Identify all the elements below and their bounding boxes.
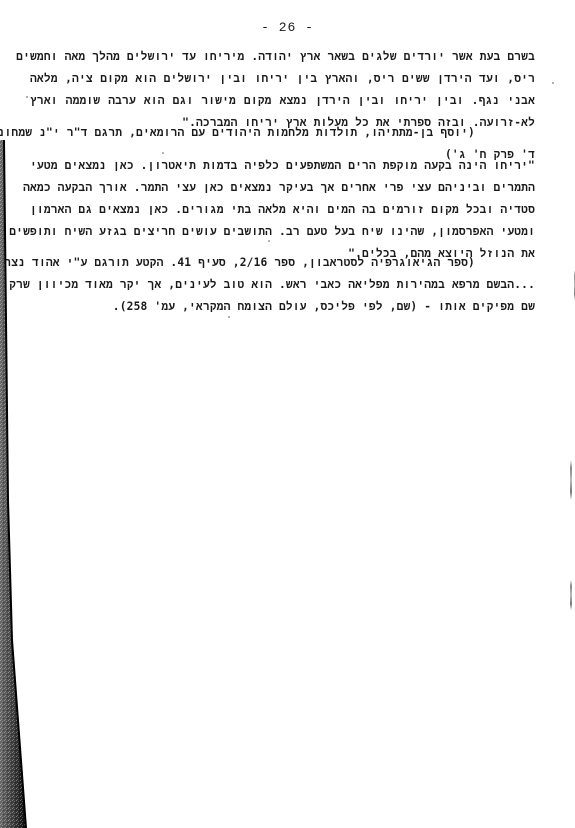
scan-speck: [228, 316, 230, 318]
scan-speck: [26, 96, 28, 98]
text-line: "יריחו הינה בקעה מוקפת הרים המשתפעים כלפ…: [30, 155, 535, 177]
paragraph-strabo-citation-balsam: (ספר הגיאוגרפיה לסטראבון, ספר 2/16, סעיף…: [30, 252, 535, 318]
paragraph-strabo-quote: "יריחו הינה בקעה מוקפת הרים המשתפעים כלפ…: [30, 155, 535, 265]
text-line: ומטעי האפרסמון, שהינו שיח בעל טעם רב. הת…: [30, 221, 535, 243]
text-line: בשרם בעת אשר יורדים שלגים בשאר ארץ יהודה…: [30, 46, 535, 68]
text-line: ...הבשם מרפא במהירות מפליאה כאבי ראש. הו…: [30, 274, 535, 296]
scan-speck: [162, 152, 164, 154]
scan-noise: [570, 580, 572, 610]
paragraph-josephus-quote: בשרם בעת אשר יורדים שלגים בשאר ארץ יהודה…: [30, 46, 535, 134]
text-line: סטדיה ובכל מקום זורמים בה המים והיא מלאה…: [30, 199, 535, 221]
text-line: (יוסף בן-מתתיהו, תולדות מלחמות היהודים ע…: [30, 122, 535, 144]
text-line: שם מפיקים אותו - (שם, לפי פליכס, עולם הצ…: [30, 296, 535, 318]
text-line: ריס, ועד הירדן ששים ריס, והארץ בין יריחו…: [30, 68, 535, 90]
scan-speck: [268, 240, 270, 242]
scan-noise: [570, 460, 572, 500]
text-line: אבני נגף. ובין יריחו ובין הירדן נמצא מקו…: [30, 90, 535, 112]
text-line: (ספר הגיאוגרפיה לסטראבון, ספר 2/16, סעיף…: [30, 252, 535, 274]
text-line: התמרים וביניהם עצי פרי אחרים אך בעיקר נמ…: [30, 177, 535, 199]
page-number: - 26 -: [0, 20, 575, 35]
scanned-document-page: - 26 - בשרם בעת אשר יורדים שלגים בשאר אר…: [0, 0, 575, 828]
scan-edge-shadow: [0, 140, 30, 828]
scan-speck: [552, 82, 554, 84]
